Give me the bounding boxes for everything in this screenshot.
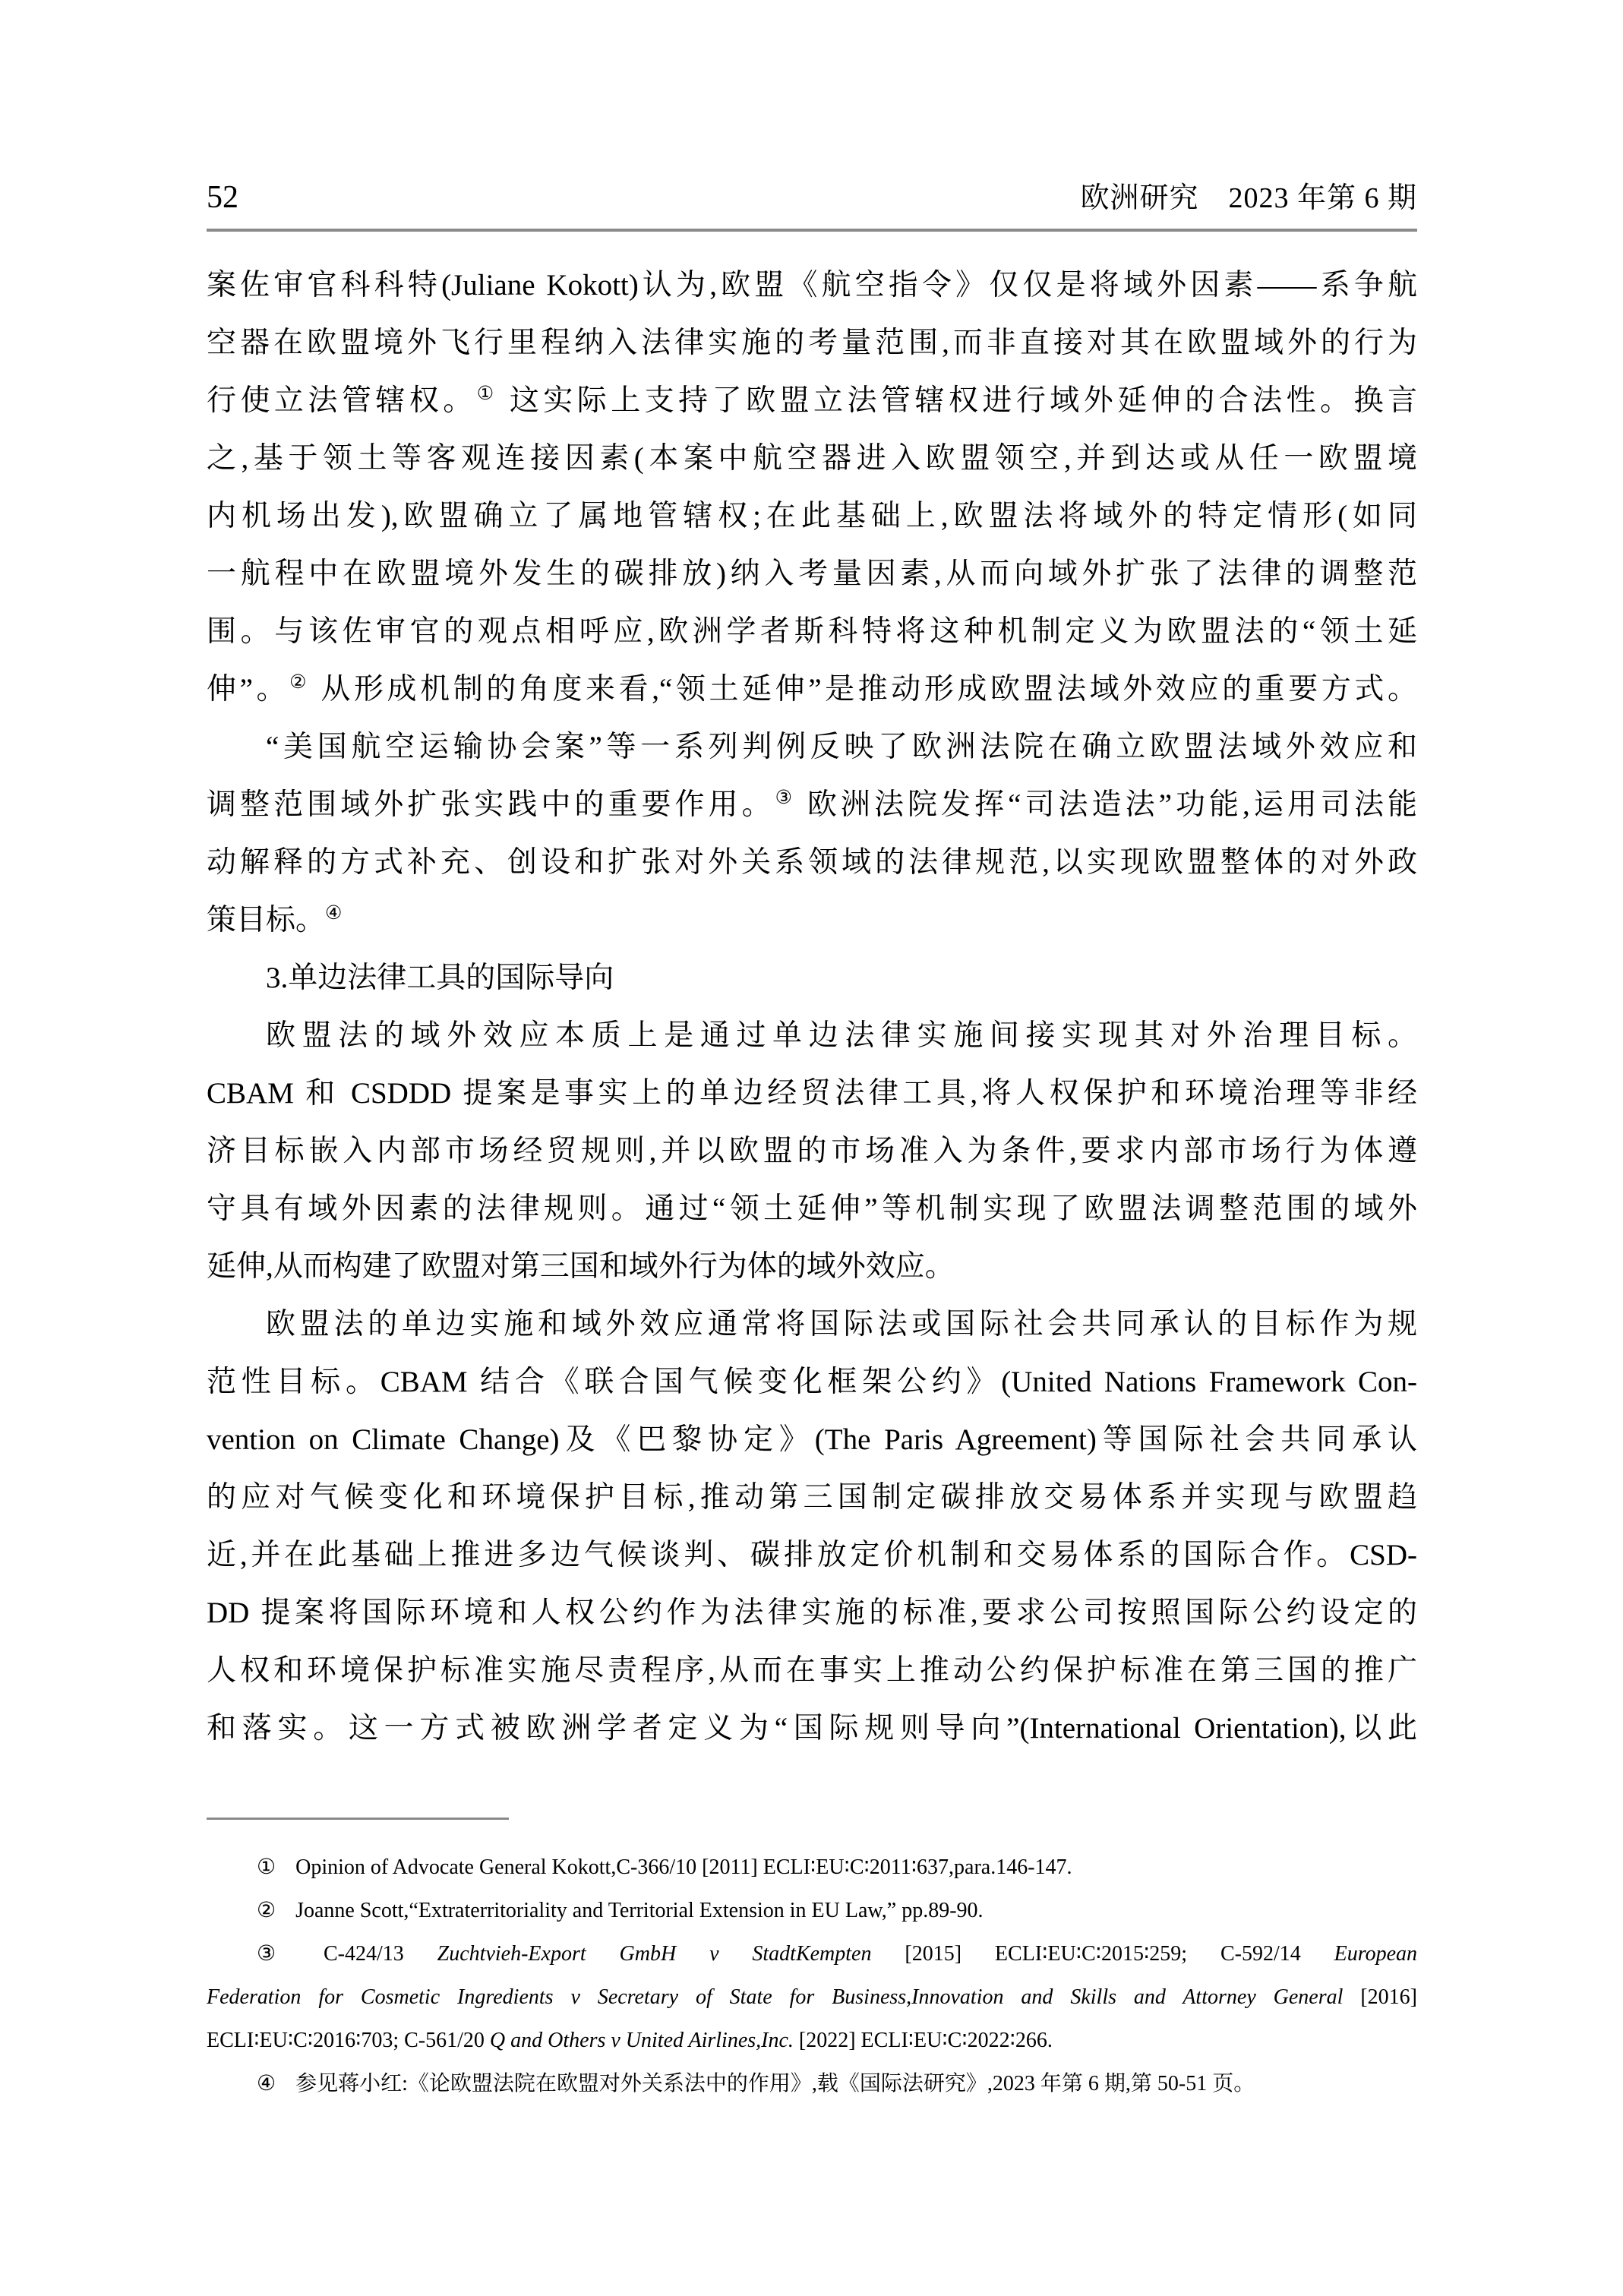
body-line: 3.单边法律工具的国际导向: [207, 949, 1417, 1007]
text-segment: 的应对气候变化和环境保护目标,推动第三国制定碳排放交易体系并实现与欧盟趋: [207, 1481, 1417, 1514]
text-segment: C-424/13: [324, 1942, 437, 1966]
text-segment: 欧盟法的单边实施和域外效应通常将国际法或国际社会共同承认的目标作为规: [266, 1308, 1417, 1341]
body-line: 济目标嵌入内部市场经贸规则,并以欧盟的市场准入为条件,要求内部市场行为体遵: [207, 1123, 1417, 1180]
footnote-line: Federation for Cosmetic Ingredients v Se…: [207, 1975, 1417, 2019]
text-segment: 欧洲法院发挥“司法造法”功能,运用司法能: [796, 788, 1417, 821]
footnote-line: ①Opinion of Advocate General Kokott,C-36…: [207, 1846, 1417, 1889]
body-line: 欧盟法的域外效应本质上是通过单边法律实施间接实现其对外治理目标。: [207, 1007, 1417, 1065]
page-header: 52 欧洲研究 2023 年第 6 期: [207, 176, 1417, 219]
text-segment: Q and Others v United Airlines,Inc.: [490, 2029, 794, 2052]
body-line: 和落实。这一方式被欧洲学者定义为“国际规则导向”(International O…: [207, 1700, 1417, 1758]
text-segment: “美国航空运输协会案”等一系列判例反映了欧洲法院在确立欧盟法域外效应和: [266, 731, 1417, 763]
text-segment: [2022] ECLI∶EU∶C∶2022∶266.: [794, 2029, 1053, 2052]
text-segment: 人权和环境保护标准实施尽责程序,从而在事实上推动公约保护标准在第三国的推广: [207, 1654, 1417, 1687]
footnote-ref-mark: ③: [257, 1942, 304, 1966]
footnotes: ①Opinion of Advocate General Kokott,C-36…: [207, 1846, 1417, 2105]
header-divider: [207, 229, 1417, 232]
footnote-ref-mark: ①: [257, 1855, 276, 1879]
body-line: 围。与该佐审官的观点相呼应,欧洲学者斯科特将这种机制定义为欧盟法的“领土延: [207, 603, 1417, 661]
body-line: 的应对气候变化和环境保护目标,推动第三国制定碳排放交易体系并实现与欧盟趋: [207, 1469, 1417, 1527]
body-line: vention on Climate Change)及《巴黎协定》(The Pa…: [207, 1411, 1417, 1469]
text-segment: 案佐审官科科特(Juliane Kokott)认为,欧盟《航空指令》仅仅是将域外…: [207, 269, 1417, 302]
text-segment: 策目标。: [207, 904, 325, 936]
text-segment: European: [1334, 1942, 1417, 1966]
text-segment: 范性目标。CBAM 结合《联合国气候变化框架公约》(United Nations…: [207, 1366, 1417, 1398]
text-segment: 内机场出发),欧盟确立了属地管辖权;在此基础上,欧盟法将域外的特定情形(如同: [207, 500, 1417, 532]
body-line: DD 提案将国际环境和人权公约作为法律实施的标准,要求公司按照国际公约设定的: [207, 1584, 1417, 1642]
footnote-ref-mark: ②: [289, 672, 310, 693]
footnote-ref-mark: ①: [477, 384, 498, 404]
text-segment: DD 提案将国际环境和人权公约作为法律实施的标准,要求公司按照国际公约设定的: [207, 1596, 1417, 1629]
text-segment: 近,并在此基础上推进多边气候谈判、碳排放定价机制和交易体系的国际合作。CSD-: [207, 1539, 1417, 1571]
text-segment: 欧盟法的域外效应本质上是通过单边法律实施间接实现其对外治理目标。: [266, 1019, 1417, 1052]
text-segment: 空器在欧盟境外飞行里程纳入法律实施的考量范围,而非直接对其在欧盟域外的行为: [207, 327, 1417, 359]
body-line: 人权和环境保护标准实施尽责程序,从而在事实上推动公约保护标准在第三国的推广: [207, 1642, 1417, 1700]
footnote-divider: [207, 1818, 509, 1820]
text-segment: 一航程中在欧盟境外发生的碳排放)纳入考量因素,从而向域外扩张了法律的调整范: [207, 557, 1417, 590]
text-segment: vention on Climate Change)及《巴黎协定》(The Pa…: [207, 1423, 1417, 1456]
text-segment: 济目标嵌入内部市场经贸规则,并以欧盟的市场准入为条件,要求内部市场行为体遵: [207, 1135, 1417, 1167]
text-segment: 伸”。: [207, 673, 289, 706]
footnote-ref-mark: ②: [257, 1899, 276, 1922]
footnote-ref-mark: ④: [257, 2072, 276, 2095]
text-segment: [2016]: [1343, 1985, 1417, 2009]
body-line: 空器在欧盟境外飞行里程纳入法律实施的考量范围,而非直接对其在欧盟域外的行为: [207, 314, 1417, 372]
text-segment: Joanne Scott,“Extraterritoriality and Te…: [295, 1899, 983, 1922]
body-line: “美国航空运输协会案”等一系列判例反映了欧洲法院在确立欧盟法域外效应和: [207, 718, 1417, 776]
body-line: 调整范围域外扩张实践中的重要作用。③ 欧洲法院发挥“司法造法”功能,运用司法能: [207, 776, 1417, 834]
body-line: 动解释的方式补充、创设和扩张对外关系领域的法律规范,以实现欧盟整体的对外政: [207, 834, 1417, 892]
body-line: 欧盟法的单边实施和域外效应通常将国际法或国际社会共同承认的目标作为规: [207, 1296, 1417, 1353]
body-text: 案佐审官科科特(Juliane Kokott)认为,欧盟《航空指令》仅仅是将域外…: [207, 257, 1417, 1758]
text-segment: 动解释的方式补充、创设和扩张对外关系领域的法律规范,以实现欧盟整体的对外政: [207, 846, 1417, 879]
text-segment: Zuchtvieh-Export GmbH v StadtKempten: [437, 1942, 872, 1966]
footnote-line: ECLI∶EU∶C∶2016∶703; C-561/20 Q and Other…: [207, 2019, 1417, 2062]
text-segment: CBAM 和 CSDDD 提案是事实上的单边经贸法律工具,将人权保护和环境治理等…: [207, 1077, 1417, 1110]
text-segment: [2015] ECLI∶EU∶C∶2015∶259; C-592/14: [871, 1942, 1334, 1966]
text-segment: ECLI∶EU∶C∶2016∶703; C-561/20: [207, 2029, 490, 2052]
footnote-line: ③C-424/13 Zuchtvieh-Export GmbH v StadtK…: [207, 1932, 1417, 1975]
body-line: 近,并在此基础上推进多边气候谈判、碳排放定价机制和交易体系的国际合作。CSD-: [207, 1527, 1417, 1584]
text-segment: 参见蒋小红:《论欧盟法院在欧盟对外关系法中的作用》,载《国际法研究》,2023 …: [295, 2072, 1255, 2095]
journal-page: 52 欧洲研究 2023 年第 6 期 案佐审官科科特(Juliane Koko…: [0, 0, 1623, 2296]
page-number: 52: [207, 176, 238, 219]
footnote-line: ②Joanne Scott,“Extraterritoriality and T…: [207, 1889, 1417, 1932]
body-line: 伸”。② 从形成机制的角度来看,“领土延伸”是推动形成欧盟法域外效应的重要方式。: [207, 661, 1417, 718]
body-line: CBAM 和 CSDDD 提案是事实上的单边经贸法律工具,将人权保护和环境治理等…: [207, 1065, 1417, 1123]
text-segment: Federation for Cosmetic Ingredients v Se…: [207, 1985, 1343, 2009]
body-line: 策目标。④: [207, 892, 1417, 949]
body-line: 之,基于领土等客观连接因素(本案中航空器进入欧盟领空,并到达或从任一欧盟境: [207, 430, 1417, 488]
footnote-ref-mark: ③: [775, 788, 796, 808]
body-line: 行使立法管辖权。① 这实际上支持了欧盟立法管辖权进行域外延伸的合法性。换言: [207, 372, 1417, 430]
body-line: 守具有域外因素的法律规则。通过“领土延伸”等机制实现了欧盟法调整范围的域外: [207, 1180, 1417, 1238]
text-segment: 这实际上支持了欧盟立法管辖权进行域外延伸的合法性。换言: [498, 384, 1417, 417]
text-segment: 守具有域外因素的法律规则。通过“领土延伸”等机制实现了欧盟法调整范围的域外: [207, 1192, 1417, 1225]
body-line: 内机场出发),欧盟确立了属地管辖权;在此基础上,欧盟法将域外的特定情形(如同: [207, 488, 1417, 545]
text-segment: 3.单边法律工具的国际导向: [266, 962, 614, 994]
text-segment: 之,基于领土等客观连接因素(本案中航空器进入欧盟领空,并到达或从任一欧盟境: [207, 442, 1417, 475]
text-segment: 延伸,从而构建了欧盟对第三国和域外行为体的域外效应。: [207, 1250, 955, 1283]
text-segment: 围。与该佐审官的观点相呼应,欧洲学者斯科特将这种机制定义为欧盟法的“领土延: [207, 615, 1417, 648]
body-line: 案佐审官科科特(Juliane Kokott)认为,欧盟《航空指令》仅仅是将域外…: [207, 257, 1417, 314]
body-line: 一航程中在欧盟境外发生的碳排放)纳入考量因素,从而向域外扩张了法律的调整范: [207, 545, 1417, 603]
footnote-ref-mark: ④: [325, 903, 342, 924]
text-segment: 和落实。这一方式被欧洲学者定义为“国际规则导向”(International O…: [207, 1712, 1417, 1745]
body-line: 范性目标。CBAM 结合《联合国气候变化框架公约》(United Nations…: [207, 1353, 1417, 1411]
text-segment: 调整范围域外扩张实践中的重要作用。: [207, 788, 775, 821]
footnote-line: ④参见蒋小红:《论欧盟法院在欧盟对外关系法中的作用》,载《国际法研究》,2023…: [207, 2062, 1417, 2105]
journal-title-header: 欧洲研究 2023 年第 6 期: [1080, 177, 1417, 219]
body-line: 延伸,从而构建了欧盟对第三国和域外行为体的域外效应。: [207, 1238, 1417, 1296]
text-segment: 从形成机制的角度来看,“领土延伸”是推动形成欧盟法域外效应的重要方式。: [310, 673, 1417, 706]
text-segment: Opinion of Advocate General Kokott,C-366…: [295, 1855, 1072, 1879]
text-segment: 行使立法管辖权。: [207, 384, 477, 417]
